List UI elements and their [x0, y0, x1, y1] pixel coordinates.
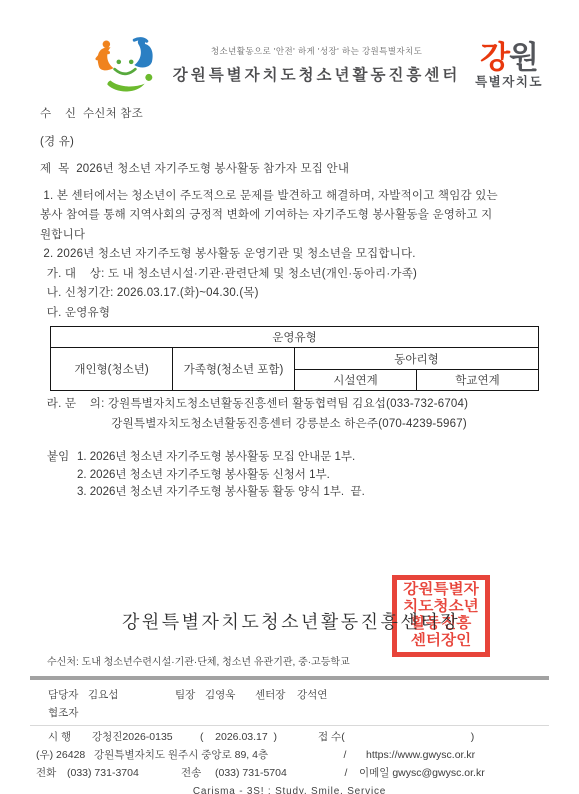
attachment-item: 2. 2026년 청소년 자기주도형 봉사활동 신청서 1부. — [77, 467, 545, 485]
tel-label: 전화 — [36, 764, 59, 782]
seal-text-row: 강원특별자 — [395, 583, 488, 598]
signer-title: 강원특별자치도청소년활동진흥센터장 — [122, 608, 460, 634]
footer-divider-thick — [30, 676, 549, 680]
cooperator-row: 협조자 — [30, 705, 549, 722]
attachments-list: 1. 2026년 청소년 자기주도형 봉사활동 모집 안내문 1부. 2. 20… — [77, 449, 545, 502]
attachments-section: 붙임 1. 2026년 청소년 자기주도형 봉사활동 모집 안내문 1부. 2.… — [40, 449, 545, 502]
fax-label: 전송 — [181, 764, 207, 782]
staff-role: 팀장 — [175, 687, 205, 703]
gangwon-logo-char1: 강 — [480, 40, 509, 75]
execution-label: 시 행 — [48, 728, 92, 746]
operation-type-table: 운영유형 개인형(청소년) 가족형(청소년 포함) 동아리형 시설연계 학교연계 — [50, 326, 539, 391]
receipt-close: ) — [471, 728, 475, 746]
gangwon-logo-sub: 특별자치도 — [475, 76, 543, 89]
separator-slash: / — [324, 746, 366, 764]
footer-slogan: Carisma - 3S! : Study, Smile, Service — [30, 785, 549, 794]
staff-name: 김요섭 — [88, 687, 175, 703]
gangwon-logo-char2: 원 — [509, 40, 538, 75]
inquiry-line: 강원특별자치도청소년활동진흥센터 강릉분소 하은주(070-4239-5967) — [40, 415, 545, 435]
body-paragraphs: 1. 본 센터에서는 청소년이 주도적으로 문제를 발견하고 해결하며, 자발적… — [40, 187, 545, 324]
org-slogan: 청소년활동으로 '안전' 하게 '성장' 하는 강원특별자치도 — [164, 45, 469, 57]
staff-name: 김영욱 — [205, 687, 255, 703]
body-line: 1. 본 센터에서는 청소년이 주도적으로 문제를 발견하고 해결하며, 자발적… — [40, 187, 545, 207]
footer-divider-thin — [30, 725, 549, 726]
seal-text-row: 센터장인 — [395, 634, 488, 649]
inquiry-section: 라. 문 의: 강원특별자치도청소년활동진흥센터 활동협력팀 김요섭(033-7… — [40, 395, 545, 434]
execution-row: 시 행강청진2026-0135( 2026.03.17 )접 수() — [30, 728, 549, 746]
body-line: 다. 운영유형 — [40, 304, 545, 324]
org-title: 강원특별자치도청소년활동진흥센터 — [164, 63, 469, 85]
document-page: 청소년활동으로 '안전' 하게 '성장' 하는 강원특별자치도 강원특별자치도청… — [0, 0, 579, 794]
attachment-item: 3. 2026년 청소년 자기주도형 봉사활동 활동 양식 1부. 끝. — [77, 484, 545, 502]
table-cell-family: 가족형(청소년 포함) — [173, 348, 295, 391]
address-text: 강원특별자치도 원주시 중앙로 89, 4층 — [94, 746, 324, 764]
table-cell-club-group: 동아리형 — [295, 348, 539, 370]
execution-date: ( 2026.03.17 ) — [200, 728, 292, 746]
inquiry-line: 라. 문 의: 강원특별자치도청소년활동진흥센터 활동협력팀 김요섭(033-7… — [40, 395, 545, 415]
telephone-row: 전화(033) 731-3704전송(033) 731-5704/이메일 gwy… — [30, 764, 549, 782]
table-cell-school: 학교연계 — [417, 370, 539, 391]
email-line: 이메일 gwysc@gwysc.or.kr — [359, 764, 485, 782]
letterhead: 청소년활동으로 '안전' 하게 '성장' 하는 강원특별자치도 강원특별자치도청… — [92, 34, 543, 96]
address-row: (우) 26428강원특별자치도 원주시 중앙로 89, 4층/https://… — [30, 746, 549, 764]
staff-row: 담당자김요섭팀장김영욱센터장강석연 — [30, 687, 549, 703]
document-number: 강청진2026-0135 — [92, 728, 200, 746]
zip-code: (우) 26428 — [36, 746, 94, 764]
smiley-figures-icon — [92, 36, 158, 94]
recipients-detail-line: 수신처: 도내 청소년수련시설·기관·단체, 청소년 유관기관, 중·고등학교 — [30, 656, 549, 669]
youth-center-logo — [92, 36, 158, 94]
staff-role: 센터장 — [255, 687, 297, 703]
via-line: (경 유) — [40, 133, 545, 153]
subject-line: 제 목 2026년 청소년 자기주도형 봉사활동 참가자 모집 안내 — [40, 160, 545, 180]
staff-name: 강석연 — [297, 687, 327, 703]
receipt-label: 접 수( — [318, 728, 345, 746]
document-body: 수 신 수신처 참조 (경 유) 제 목 2026년 청소년 자기주도형 봉사활… — [40, 101, 545, 502]
recipient-line: 수 신 수신처 참조 — [40, 105, 545, 125]
attachments-label: 붙임 — [40, 449, 77, 502]
website-url: https://www.gwysc.or.kr — [366, 746, 475, 764]
body-line: 2. 2026년 청소년 자기주도형 봉사활동 운영기관 및 청소년을 모집합니… — [40, 245, 545, 265]
body-line: 봉사 참여를 통해 지역사회의 긍정적 변화에 기여하는 자기주도형 봉사활동을… — [40, 206, 545, 226]
separator-slash: / — [333, 764, 359, 782]
gangwon-province-logo: 강원 특별자치도 — [475, 42, 543, 89]
table-cell-individual: 개인형(청소년) — [51, 348, 173, 391]
staff-role: 담당자 — [48, 687, 88, 703]
document-footer: 수신처: 도내 청소년수련시설·기관·단체, 청소년 유관기관, 중·고등학교 … — [30, 652, 549, 794]
fax-number: (033) 731-5704 — [207, 764, 333, 782]
body-line: 원합니다 — [40, 226, 545, 246]
attachment-item: 1. 2026년 청소년 자기주도형 봉사활동 모집 안내문 1부. — [77, 449, 545, 467]
table-cell-facility: 시설연계 — [295, 370, 417, 391]
letterhead-center: 청소년활동으로 '안전' 하게 '성장' 하는 강원특별자치도 강원특별자치도청… — [158, 45, 475, 85]
body-line: 가. 대 상: 도 내 청소년시설·기관·관련단체 및 청소년(개인·동아리·가… — [40, 265, 545, 285]
table-header-cell: 운영유형 — [51, 327, 539, 348]
tel-number: (033) 731-3704 — [59, 764, 181, 782]
body-line: 나. 신청기간: 2026.03.17.(화)~04.30.(목) — [40, 284, 545, 304]
gangwon-logo-main: 강원 — [475, 42, 543, 73]
